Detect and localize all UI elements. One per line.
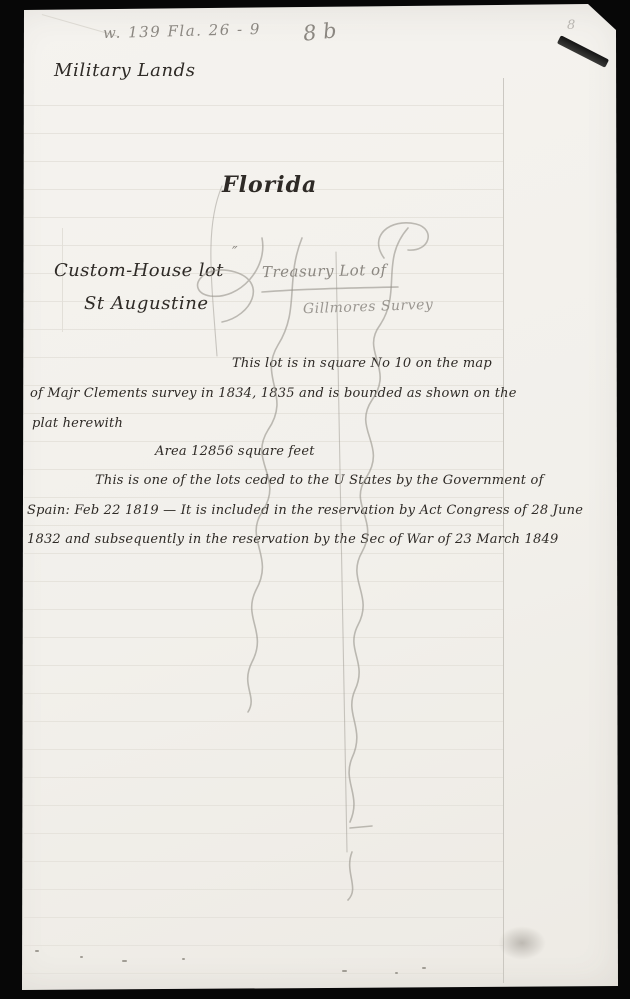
paper-speck (182, 958, 185, 960)
body-line: of Majr Clements survey in 1834, 1835 an… (30, 386, 517, 401)
ruled-paper-area (24, 78, 504, 983)
area-line: Area 12856 square feet (155, 444, 315, 459)
body-line: plat herewith (32, 416, 123, 431)
corner-number-note: 8 (567, 18, 575, 33)
ditto-mark: ″ (232, 243, 238, 261)
page-mark-note: 8 b (302, 18, 338, 45)
corner-fastener-mark (557, 35, 609, 68)
subject-line-2: St Augustine (84, 293, 209, 314)
paper-speck (122, 960, 127, 962)
paper-speck (80, 956, 83, 958)
body-line: 1832 and subsequently in the reservation… (27, 532, 558, 547)
paper-speck (35, 950, 39, 952)
body-line: This lot is in square No 10 on the map (232, 356, 492, 371)
pencil-smudge (498, 926, 546, 960)
pencil-note-line-1: Treasury Lot of (262, 261, 387, 281)
paper-sheet: w. 139 Fla. 26 - 9 8 b 8 Military Lands … (0, 0, 630, 999)
series-title: Military Lands (54, 60, 196, 81)
paper-speck (395, 972, 398, 974)
body-line: Spain: Feb 22 1819 — It is included in t… (27, 503, 583, 518)
file-number-note: w. 139 Fla. 26 - 9 (103, 20, 261, 42)
paper-speck (342, 970, 347, 972)
subject-line-1: Custom-House lot (54, 260, 224, 281)
scanned-page: w. 139 Fla. 26 - 9 8 b 8 Military Lands … (0, 0, 630, 999)
paper-speck (422, 967, 426, 969)
body-line: This is one of the lots ceded to the U S… (95, 473, 544, 488)
state-heading: Florida (222, 172, 317, 198)
